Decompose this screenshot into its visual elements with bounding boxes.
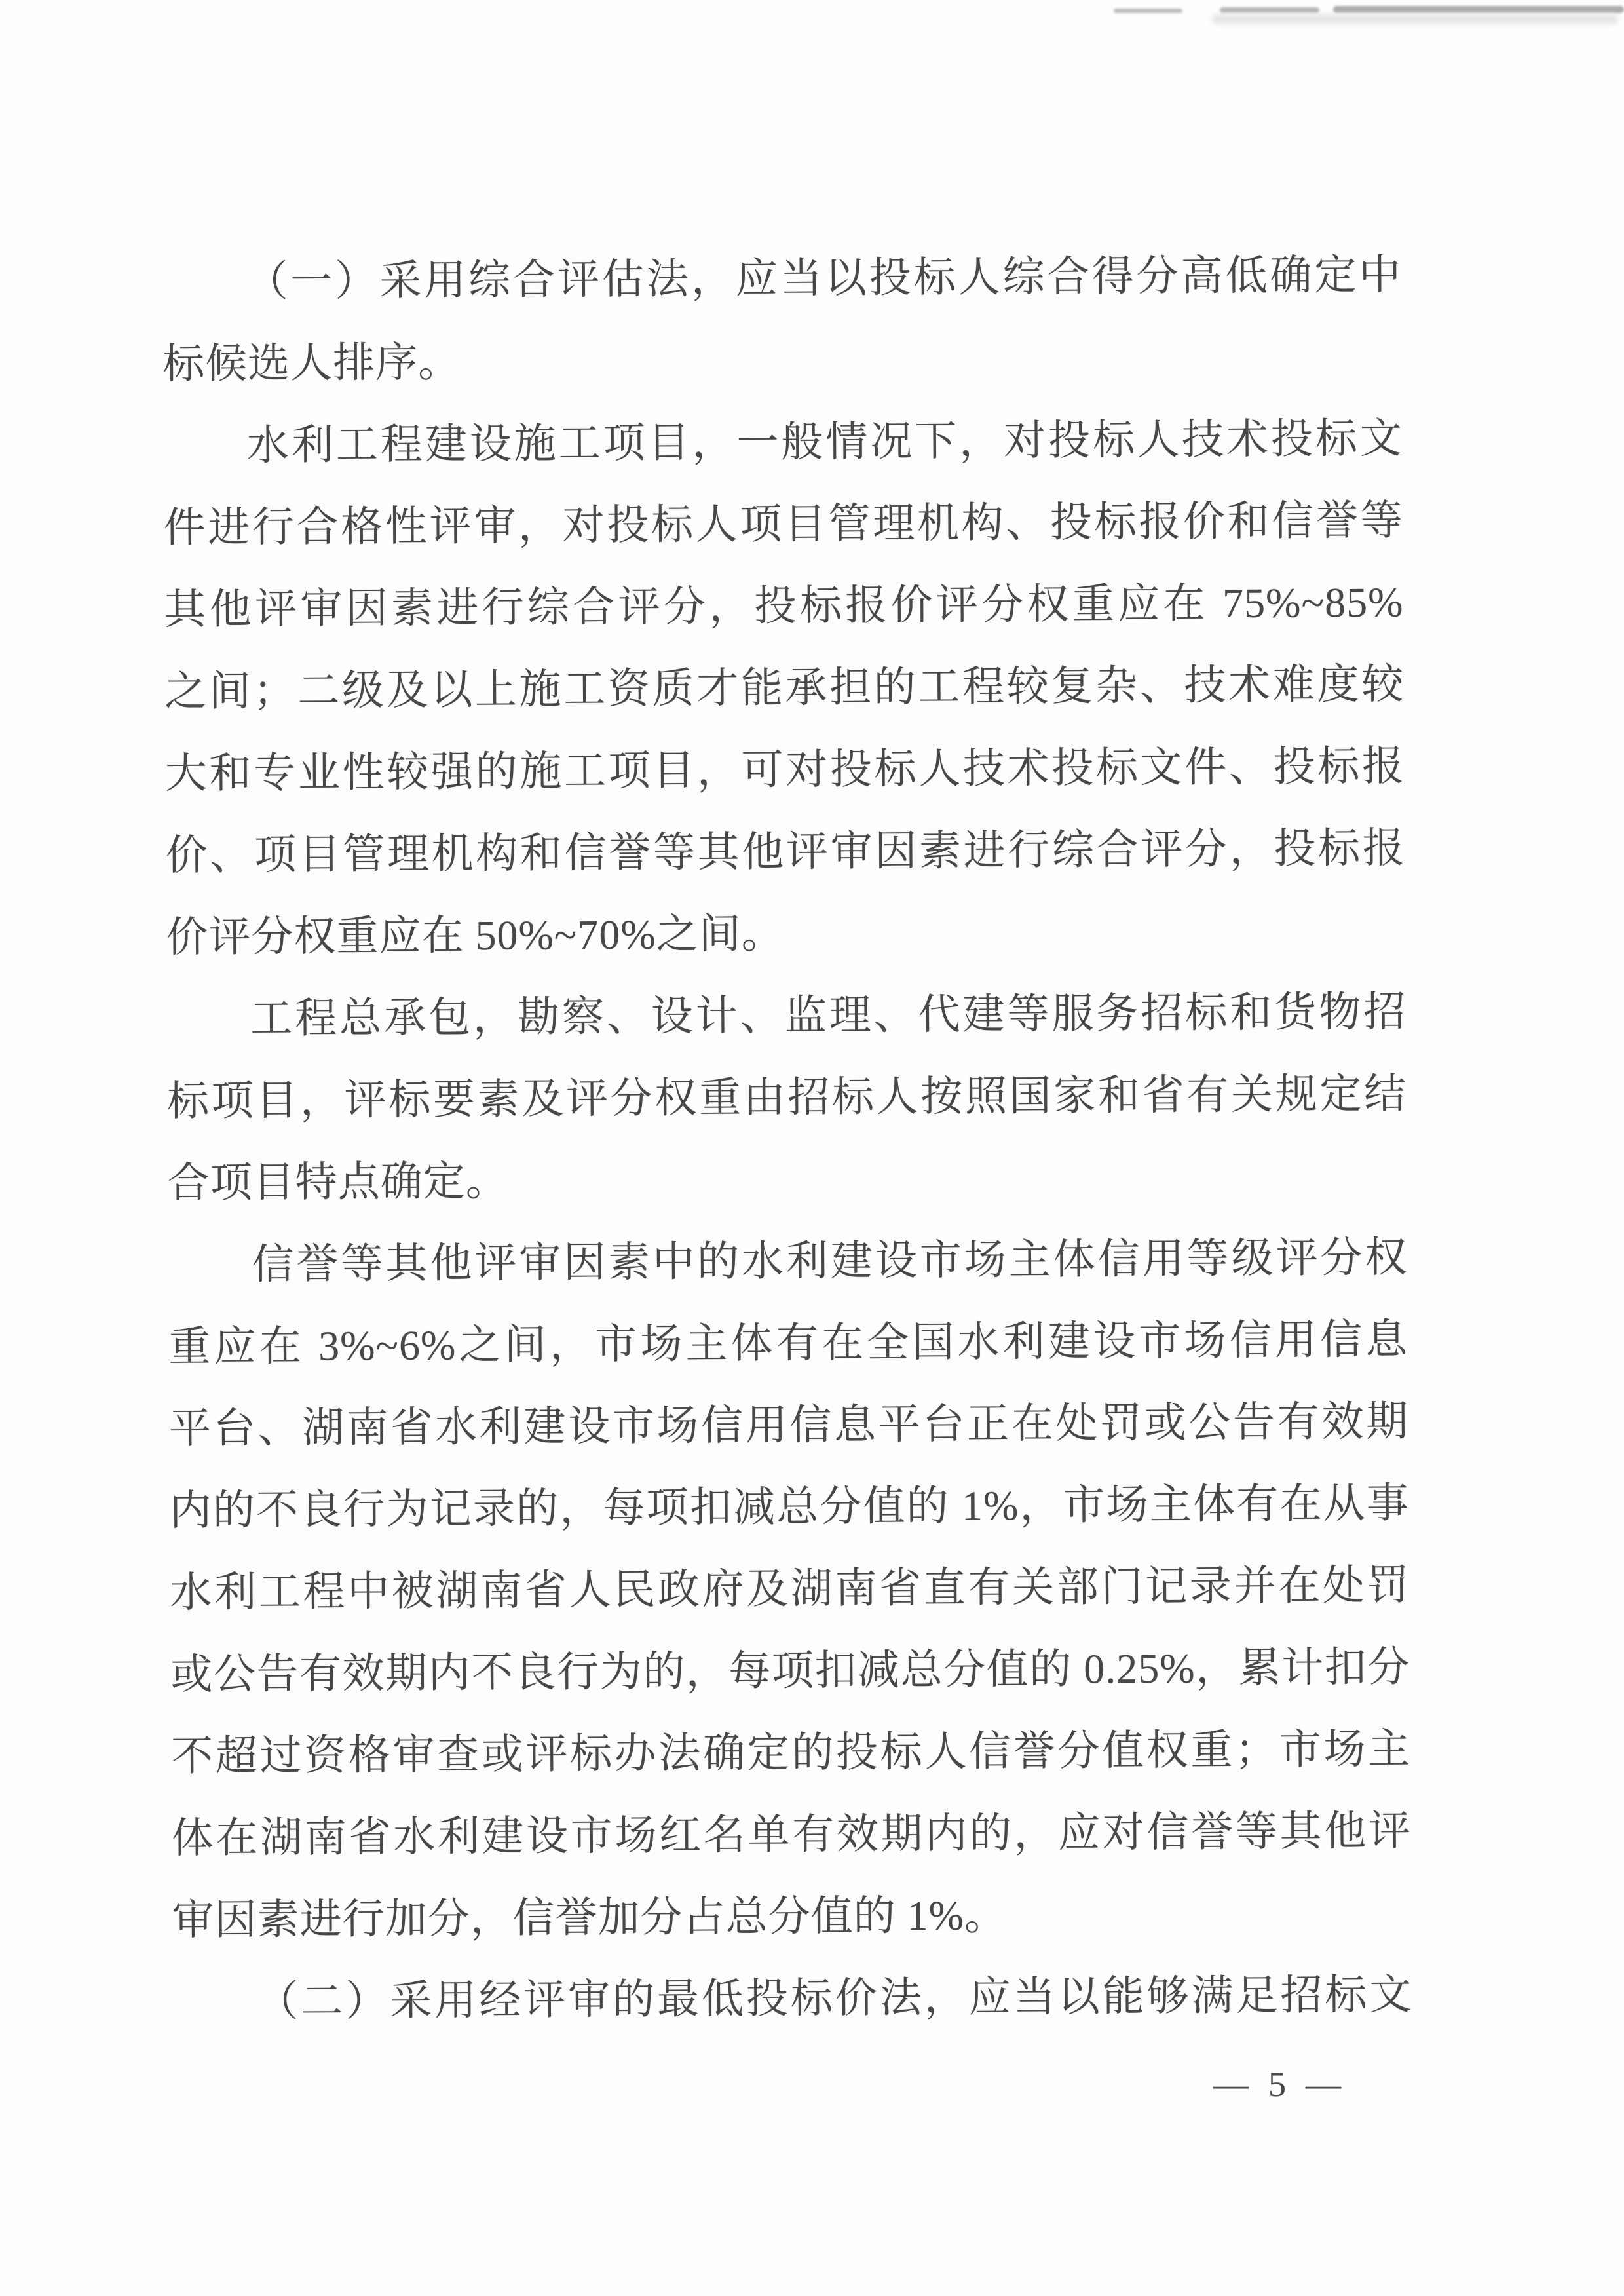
paragraph-2-line-2: 件进行合格性评审，对投标人项目管理机构、投标报价和信誉等	[163, 479, 1403, 569]
paragraph-4-line-5: 水利工程中被湖南省人民政府及湖南省直有关部门记录并在处罚	[170, 1544, 1410, 1634]
paragraph-4-line-8: 体在湖南省水利建设市场红名单有效期内的，应对信誉等其他评	[172, 1789, 1412, 1879]
scan-smudge	[1220, 7, 1319, 13]
paragraph-2-line-4: 之间；二级及以上施工资质才能承担的工程较复杂、技术难度较	[164, 643, 1405, 733]
footer-dash-right: —	[1306, 2064, 1341, 2105]
paragraph-2-line-3: 其他评审因素进行综合评分，投标报价评分权重应在 75%~85%	[164, 561, 1404, 651]
scanned-document-page: （一）采用综合评估法，应当以投标人综合得分高低确定中 标候选人排序。 水利工程建…	[0, 0, 1624, 2296]
paragraph-4-line-6: 或公告有效期内不良行为的，每项扣减总分值的 0.25%，累计扣分	[170, 1626, 1410, 1715]
paragraph-4-line-7: 不超过资格审查或评标办法确定的投标人信誉分值权重；市场主	[171, 1708, 1411, 1797]
footer-dash-left: —	[1213, 2064, 1249, 2105]
paragraph-2-line-6: 价、项目管理机构和信誉等其他评审因素进行综合评分，投标报	[165, 807, 1405, 896]
page-footer: — 5 —	[1213, 2064, 1341, 2105]
document-body: （一）采用综合评估法，应当以投标人综合得分高低确定中 标候选人排序。 水利工程建…	[162, 233, 1412, 2043]
scan-smudge	[1333, 6, 1624, 13]
paragraph-2-line-5: 大和专业性较强的施工项目，可对投标人技术投标文件、投标报	[165, 725, 1405, 814]
scan-smudge	[1114, 9, 1182, 13]
scan-smudge	[1212, 14, 1618, 24]
paragraph-5-line-1: （二）采用经评审的最低投标价法，应当以能够满足招标文	[172, 1953, 1412, 2043]
paragraph-4-line-4: 内的不良行为记录的，每项扣减总分值的 1%，市场主体有在从事	[169, 1462, 1409, 1552]
page-number: 5	[1268, 2064, 1286, 2105]
paragraph-3-line-2: 标项目，评标要素及评分权重由招标人按照国家和省有关规定结	[167, 1052, 1407, 1142]
paragraph-3-line-1: 工程总承包，勘察、设计、监理、代建等服务招标和货物招	[166, 970, 1407, 1060]
paragraph-4-line-2: 重应在 3%~6%之间，市场主体有在全国水利建设市场信用信息	[168, 1298, 1408, 1388]
paragraph-2-line-7: 价评分权重应在 50%~70%之间。	[166, 889, 1406, 978]
paragraph-4-line-3: 平台、湖南省水利建设市场信用信息平台正在处罚或公告有效期	[169, 1380, 1409, 1470]
paragraph-2-line-1: 水利工程建设施工项目，一般情况下，对投标人技术投标文	[163, 397, 1403, 487]
paragraph-4-line-1: 信誉等其他评审因素中的水利建设市场主体信用等级评分权	[168, 1216, 1408, 1306]
paragraph-1-line-1: （一）采用综合评估法，应当以投标人综合得分高低确定中	[162, 233, 1402, 323]
paragraph-3-line-3: 合项目特点确定。	[167, 1134, 1407, 1224]
paragraph-4-line-9: 审因素进行加分，信誉加分占总分值的 1%。	[172, 1871, 1412, 1961]
paragraph-1-line-2: 标候选人排序。	[162, 315, 1403, 405]
